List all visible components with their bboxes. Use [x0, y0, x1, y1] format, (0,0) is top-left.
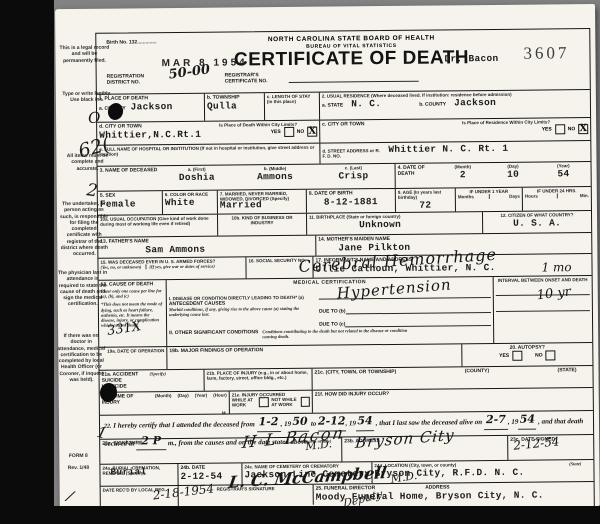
morbid-conditions-note: Morbid conditions, if any, giving rise t…: [169, 306, 319, 318]
residence-limits-no-checkbox: X: [578, 124, 588, 134]
cause-of-death-label: 18. CAUSE OF DEATH: [101, 281, 164, 288]
statement-t1: I hereby certify that I attended the dec…: [113, 420, 255, 429]
field-armed-forces: 15. WAS DECEASED EVER IN U. S. ARMED FOR…: [98, 257, 246, 279]
field-autopsy: 20. AUTOPSY? YES NO: [462, 343, 592, 366]
field-marital-status: 7. MARRIED, NEVER MARRIED, WIDOWED, DIVO…: [218, 190, 307, 214]
state-label: a. STATE: [322, 103, 343, 109]
county-value: Jackson: [131, 101, 173, 112]
age-label: 9. AGE (In years last birthday): [398, 189, 453, 200]
residence-county-value: Jackson: [454, 97, 496, 108]
field-name-of-deceased: 3. NAME OF DECEASED a. (First) Doshia b.…: [98, 164, 396, 191]
field-funeral-director: 25. FUNERAL DIRECTOR ADDRESS Moody Funer…: [314, 482, 594, 505]
attended-from-value: 1-2: [256, 414, 280, 432]
township-value: Qulla: [207, 100, 262, 112]
field-hospital-name: e. FULL NAME OF HOSPITAL OR INSTITUTION …: [97, 144, 320, 166]
registrar-certificate-label: REGISTRAR'S CERTIFICATE NO.: [225, 72, 287, 85]
death-year-value: 54: [538, 168, 588, 179]
while-at-work-label: WHILE AT WORK: [232, 397, 256, 408]
field-township: b. TOWNSHIP Qulla: [205, 93, 265, 121]
funeral-director-value: Moody Funeral Home, Bryson City, N. C.: [316, 489, 592, 503]
date-signed-label: 23c. DATE SIGNED: [510, 436, 591, 443]
while-at-work-checkbox: [259, 397, 269, 407]
other-conditions-label: II. OTHER SIGNIFICANT CONDITIONS: [169, 329, 258, 340]
injury-city-label: 21c. (CITY, TOWN, OR TOWNSHIP): [314, 369, 396, 389]
death-month-value: 2: [438, 169, 488, 180]
armed-forces-sub1: (Yes, no, or unknown): [100, 265, 141, 271]
interval-line-b: [496, 295, 590, 312]
field-place-of-injury: 21b. PLACE OF INJURY (e.g., in or about …: [204, 369, 312, 391]
field-time-of-injury: 21d. TIME OF INJURY (Month) (Day) (Year)…: [100, 392, 230, 415]
age-value: 72: [398, 200, 453, 212]
citizen-value: U. S. A.: [485, 217, 589, 229]
row-cause-of-death: 18. CAUSE OF DEATH Enter only one cause …: [99, 275, 593, 347]
registration-district-label: REGISTRATION DISTRICT NO.: [107, 73, 167, 86]
statement-t3: to: [311, 420, 317, 428]
cemetery-name-value: Jackson Line Cemetery: [244, 468, 369, 480]
doctor-annotation: Dr. Bacon: [444, 53, 498, 65]
field-burial-date: 24b. DATE 2-12-54: [178, 463, 242, 485]
field-mother-name: 14. MOTHER'S MAIDEN NAME Jane Pilkton: [316, 233, 591, 256]
field-signature: 23a. SIGNATURE (Degree or title): [100, 437, 342, 463]
days-label: Days: [489, 194, 520, 199]
usual-occupation-label: 10a. USUAL OCCUPATION (Give kind of work…: [100, 216, 215, 227]
field-cemetery-location: 24d. LOCATION (City, town, or county) (S…: [372, 460, 593, 483]
field-injury-occurred: 21e. INJURY OCCURRED WHILE AT WORK NOT W…: [230, 391, 313, 414]
attended-from-year: 50: [291, 414, 309, 432]
scan-background: This is a legal record and will be perma…: [0, 0, 600, 524]
ssn-label: 16. SOCIAL SECURITY NO.: [248, 258, 310, 264]
cemetery-location-value: Bryson City, R.F.D. N. C.: [374, 466, 591, 479]
degree-title-label: (Degree or title): [302, 439, 332, 445]
injury-day-label: (Day): [177, 393, 188, 405]
field-length-of-stay: c. LENGTH OF STAY (in this place): [265, 93, 320, 121]
field-registrar-signature: REGISTRAR'S SIGNATURE: [179, 485, 314, 506]
field-signer-address: 23b. ADDRESS: [342, 436, 508, 462]
death-limits-yes-checkbox: [284, 127, 294, 137]
armed-forces-sub2: (If yes, give war or dates of service): [145, 264, 215, 270]
field-date-signed: 23c. DATE SIGNED: [508, 435, 593, 460]
scan-edge-bottom: [0, 506, 600, 524]
interval-line-a: [496, 282, 590, 296]
field-business-industry: 10b. KIND OF BUSINESS OR INDUSTRY: [218, 214, 307, 236]
field-street-address: d. STREET ADDRESS or R. F. D. NO. Whitti…: [320, 141, 590, 164]
residence-limits-no-label: NO: [568, 126, 576, 132]
due-to-b-label: DUE TO (b): [319, 308, 346, 314]
certificate-form: Birth No. 132.............. NORTH CAROLI…: [95, 28, 595, 512]
margin-handwritten-mark-5: /: [65, 487, 76, 506]
field-burial-type: 24a. BURIAL, CREMATION, REMOVAL (Specify…: [100, 464, 178, 486]
due-to-c-label: DUE TO (c): [319, 321, 345, 327]
field-major-findings: 19b. MAJOR FINDINGS OF OPERATION: [167, 344, 462, 369]
state-value: N. C.: [351, 98, 381, 109]
field-father-name: 13. FATHER'S NAME Sam Ammons: [98, 236, 316, 258]
registrar-certificate-blank: [289, 69, 419, 83]
autopsy-yes-label: YES: [499, 353, 509, 359]
margin-revision: Rev. 1/48: [59, 465, 97, 472]
father-name-value: Sam Ammons: [145, 243, 313, 256]
last-name-value: Crisp: [314, 170, 392, 182]
field-date-received: DATE REC'D BY LOCAL REG.: [101, 486, 179, 507]
name-of-deceased-label: 3. NAME OF DECEASED: [100, 167, 158, 190]
date-of-death-label: 4. DATE OF DEATH: [398, 165, 438, 187]
street-address-value: Whittier N. C. Rt. 1: [388, 143, 508, 155]
min-label: Min.: [557, 193, 589, 198]
field-usual-residence: 2. USUAL RESIDENCE (Where deceased lived…: [320, 90, 590, 120]
residence-limits-yes-checkbox: [555, 124, 565, 134]
field-injury-location: 21c. (CITY, TOWN, OR TOWNSHIP) (COUNTY) …: [312, 366, 592, 390]
first-name-value: Doshia: [158, 172, 236, 184]
hours-label: Hours: [525, 194, 558, 199]
form-header: Birth No. 132.............. NORTH CAROLI…: [96, 29, 590, 94]
injury-hour-label: (Hour): [213, 393, 227, 405]
place-of-injury-label: 21b. PLACE OF INJURY (e.g., in or about …: [207, 370, 310, 381]
field-ssn: 16. SOCIAL SECURITY NO.: [246, 257, 313, 279]
statement-number: 22.: [104, 424, 112, 430]
signer-address-label: 23b. ADDRESS: [344, 437, 505, 445]
field-medical-certification: MEDICAL CERTIFICATION I. DISEASE OR COND…: [167, 277, 495, 346]
margin-form-number: FORM 8: [61, 453, 95, 460]
registrar-signature-label: REGISTRAR'S SIGNATURE: [181, 486, 311, 492]
date-of-birth-value: 8-12-1881: [309, 196, 393, 208]
business-industry-label: 10b. KIND OF BUSINESS OR INDUSTRY: [220, 215, 304, 226]
informant-value: Ullie Calhoun, Whittier, N. C.: [315, 261, 589, 275]
burial-type-value: Burial: [110, 466, 175, 478]
injury-state-label: (STATE): [558, 367, 577, 386]
autopsy-no-checkbox: [546, 350, 556, 360]
other-conditions-note: Conditions contributing to the death but…: [262, 328, 412, 340]
cause-note-2: *This does not mean the mode of dying, s…: [101, 301, 164, 327]
last-alive-value: 2-7: [484, 412, 508, 430]
scan-edge-left: [0, 0, 54, 524]
injury-year-label: (Year): [195, 393, 208, 405]
field-age: 9. AGE (In years last birthday) 72: [396, 188, 456, 212]
field-residence-city: c. CITY OR TOWN Is Place of Residence Wi…: [320, 118, 590, 143]
residence-county-label: b. COUNTY: [419, 102, 446, 108]
statement-t4: , 19: [345, 419, 356, 427]
attended-to-year: 54: [356, 413, 374, 431]
field-informant: 17. INFORMANT'S NAME AND ADDRESS Ullie C…: [313, 254, 591, 278]
statement-t7: , 19: [508, 418, 519, 426]
death-limits-no-label: NO: [297, 129, 305, 135]
accident-specify-label: (Specify): [150, 371, 167, 390]
date-of-operation-label: 19a. DATE OF OPERATION: [101, 348, 164, 354]
signature-label: 23a. SIGNATURE: [102, 440, 142, 446]
row-registrar: DATE REC'D BY LOCAL REG. REGISTRAR'S SIG…: [101, 481, 594, 507]
middle-name-value: Ammons: [236, 171, 314, 183]
field-date-of-operation: 19a. DATE OF OPERATION: [99, 347, 167, 370]
major-findings-label: 19b. MAJOR FINDINGS OF OPERATION: [169, 345, 459, 354]
statement-t2: , 19: [281, 420, 292, 428]
field-how-injury-occurred: 21f. HOW DID INJURY OCCUR?: [313, 388, 593, 413]
field-date-of-death: 4. DATE OF DEATH (Month) 2 (Day) 10 (Yea…: [396, 162, 591, 188]
birthplace-value: Unknown: [359, 218, 480, 230]
field-age-under-24-hrs: IF UNDER 24 HRS. Hours Min.: [523, 187, 591, 211]
certificate-stamp-number: 3607: [523, 43, 569, 63]
mother-name-value: Jane Pilkton: [338, 240, 589, 253]
field-cause-of-death-stub: 18. CAUSE OF DEATH Enter only one cause …: [99, 280, 168, 347]
length-of-stay-label: c. LENGTH OF STAY (in this place): [267, 94, 317, 105]
last-alive-year: 54: [518, 412, 536, 430]
statement-t6: alive on: [459, 418, 482, 426]
death-limits-yes-label: YES: [271, 129, 281, 135]
field-city-of-death: d. CITY OR TOWN Whittier,N.C.Rt.1 Is Pla…: [97, 121, 320, 145]
field-birthplace: 11. BIRTHPLACE (State or foreign country…: [307, 212, 483, 235]
field-cemetery-name: 24c. NAME OF CEMETERY OR CREMATORY Jacks…: [242, 462, 372, 484]
sex-value: Female: [100, 198, 160, 210]
how-injury-occurred-label: 21f. HOW DID INJURY OCCUR?: [315, 389, 591, 398]
statement-t5: , that I last saw the deceased: [376, 418, 458, 427]
death-limits-no-checkbox: X: [307, 127, 317, 137]
residence-city-label: c. CITY OR TOWN: [322, 120, 462, 127]
not-while-at-work-checkbox: [300, 397, 310, 407]
city-of-death-value: Whittier,N.C.Rt.1: [99, 129, 219, 141]
field-citizen: 12. CITIZEN OF WHAT COUNTRY? U. S. A.: [483, 211, 591, 233]
attended-to-value: 2-12: [318, 413, 346, 431]
residence-limits-yes-label: YES: [542, 127, 552, 133]
field-usual-occupation: 10a. USUAL OCCUPATION (Give kind of work…: [98, 215, 218, 237]
not-while-at-work-label: NOT WHILE AT WORK: [271, 397, 297, 408]
cause-note-1: Enter only one cause per line for (a), (…: [101, 288, 164, 299]
field-age-under-1-year: IF UNDER 1 YEAR Months Days: [456, 188, 523, 212]
field-color-race: 6. COLOR OR RACE White: [163, 191, 218, 215]
birth-no-label: Birth No. 132..............: [106, 39, 156, 45]
burial-date-value: 2-12-54: [180, 470, 239, 482]
certificate-paper: This is a legal record and will be perma…: [55, 4, 600, 511]
injury-month-label: (Month): [155, 393, 172, 405]
field-date-of-birth: 8. DATE OF BIRTH 8-12-1881: [307, 189, 396, 213]
field-interval-onset-death: INTERVAL BETWEEN ONSET AND DEATH: [494, 276, 593, 343]
hospital-name-label: e. FULL NAME OF HOSPITAL OR INSTITUTION …: [99, 145, 317, 157]
color-race-value: White: [165, 197, 215, 208]
date-received-label: DATE REC'D BY LOCAL REG.: [103, 487, 176, 493]
street-address-label: d. STREET ADDRESS or R. F. D. NO.: [322, 148, 382, 159]
injury-county-label: (COUNTY): [465, 368, 490, 387]
autopsy-yes-checkbox: [512, 351, 522, 361]
field-sex: 5. SEX Female: [98, 191, 163, 215]
autopsy-no-label: NO: [535, 353, 543, 359]
cemetery-state-label: (State): [569, 461, 581, 466]
months-label: Months: [458, 194, 490, 199]
death-day-value: 10: [488, 169, 538, 180]
